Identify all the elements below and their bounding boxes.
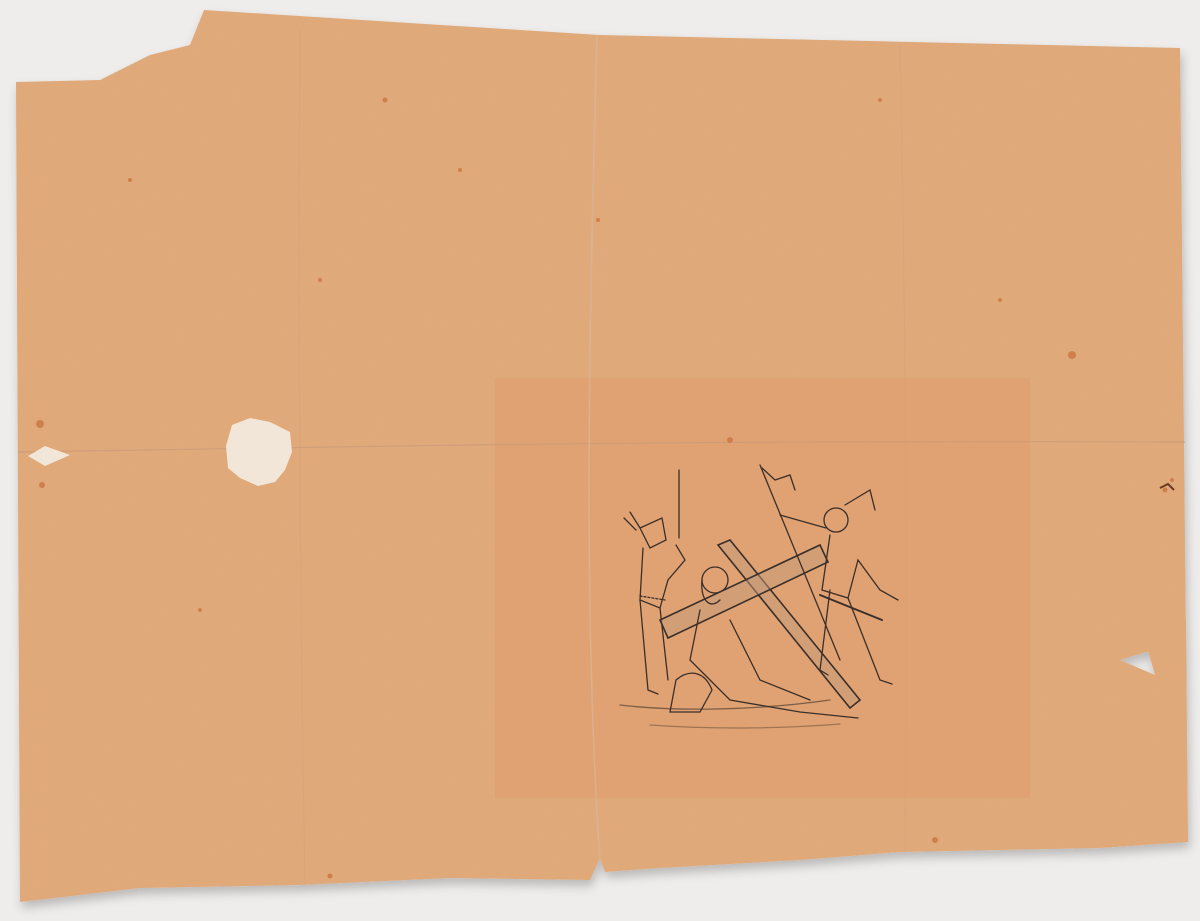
artwork-photo xyxy=(0,0,1200,921)
